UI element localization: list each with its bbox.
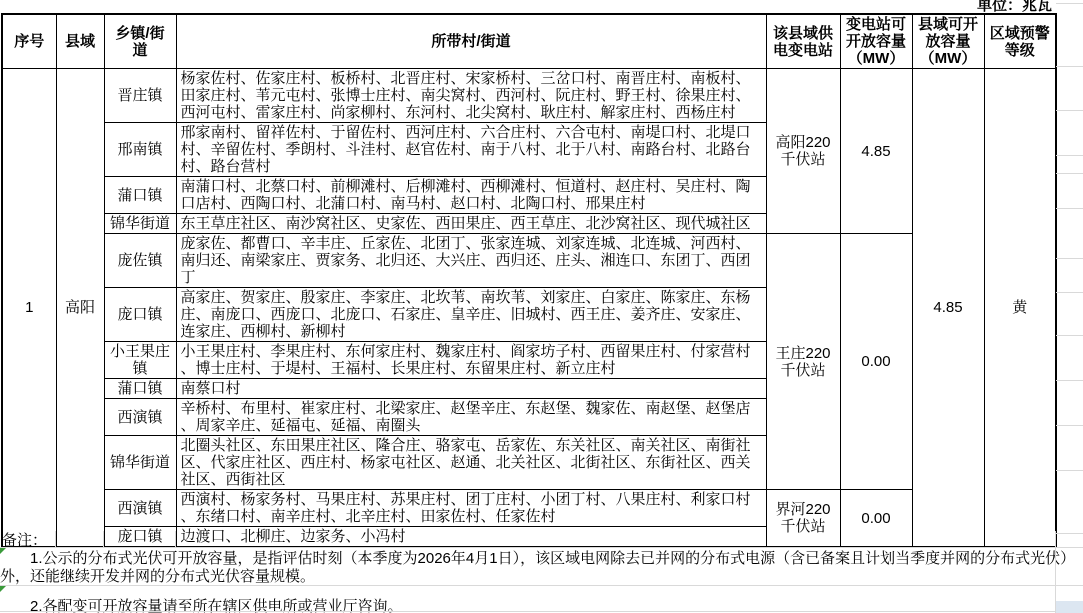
township-cell[interactable]: 西演镇 [104, 399, 176, 436]
substation-cell[interactable]: 王庄220千伏站 [766, 234, 840, 490]
col-header-substation-capacity[interactable]: 变电站可开放容量（MW） [840, 14, 912, 69]
township-cell[interactable]: 庞口镇 [104, 288, 176, 342]
villages-cell[interactable]: 边渡口、北柳庄、边家务、小冯村 [176, 527, 766, 548]
villages-cell[interactable]: 庞家佐、都曹口、辛丰庄、丘家佐、北团丁、张家连城、刘家连城、北连城、河西村、南归… [176, 234, 766, 288]
township-cell[interactable]: 锦华街道 [104, 436, 176, 490]
township-cell[interactable]: 锦华街道 [104, 214, 176, 234]
villages-cell[interactable]: 杨家佐村、佐家庄村、板桥村、北晋庄村、宋家桥村、三岔口村、南晋庄村、南板村、田家… [176, 69, 766, 123]
unit-label: 单位：兆瓦 [900, 0, 1052, 13]
gridline [1056, 173, 1083, 174]
township-cell[interactable]: 庞佐镇 [104, 234, 176, 288]
gridline [175, 531, 176, 547]
gridline [1056, 66, 1083, 67]
villages-cell[interactable]: 南蔡口村 [176, 379, 766, 399]
gridline [1056, 380, 1083, 381]
villages-cell[interactable]: 高家庄、贺家庄、殷家庄、李家庄、北坎苇、南坎苇、刘家庄、白家庄、陈家庄、东杨庄、… [176, 288, 766, 342]
gridline [1056, 110, 1083, 111]
col-header-warning-level[interactable]: 区域预警等级 [984, 14, 1056, 69]
gridline [1056, 292, 1083, 293]
gridline [1056, 425, 1083, 426]
gridline [103, 531, 104, 547]
cell-flag-icon [0, 548, 6, 554]
col-header-township[interactable]: 乡镇/街道 [104, 14, 176, 69]
gridline [1056, 208, 1083, 209]
gridline [1056, 155, 1083, 156]
serial-cell[interactable]: 1 [2, 69, 56, 548]
col-header-villages[interactable]: 所带村/街道 [176, 14, 766, 69]
corner-selection-cell [1056, 601, 1083, 613]
substation-capacity-cell[interactable]: 0.00 [840, 234, 912, 490]
gridline [0, 585, 1083, 586]
table-row: 西演镇西演村、杨家务村、马果庄村、苏果庄村、团丁庄村、小团丁村、八果庄村、利家口… [2, 490, 1056, 527]
capacity-table: 序号县域乡镇/街道所带村/街道该县域供电变电站变电站可开放容量（MW）县域可开放… [1, 13, 1057, 548]
county-cell[interactable]: 高阳 [56, 69, 104, 548]
township-cell[interactable]: 庞口镇 [104, 527, 176, 548]
villages-cell[interactable]: 北圈头社区、东田果庄社区、隆合庄、骆家屯、岳家佐、东关社区、南关社区、南街社区、… [176, 436, 766, 490]
township-cell[interactable]: 小王果庄镇 [104, 342, 176, 379]
table-row: 庞佐镇庞家佐、都曹口、辛丰庄、丘家佐、北团丁、张家连城、刘家连城、北连城、河西村… [2, 234, 1056, 288]
gridline [1056, 3, 1083, 4]
col-header-county[interactable]: 县域 [56, 14, 104, 69]
gridline [1056, 533, 1083, 534]
township-cell[interactable]: 邢南镇 [104, 123, 176, 177]
gridline [1056, 335, 1083, 336]
township-cell[interactable]: 晋庄镇 [104, 69, 176, 123]
substation-capacity-cell[interactable]: 4.85 [840, 69, 912, 234]
note-1: 1.公示的分布式光伏可开放容量，是指评估时刻（本季度为2026年4月1日），该区… [0, 550, 1081, 586]
township-cell[interactable]: 蒲口镇 [104, 177, 176, 214]
header-row: 序号县域乡镇/街道所带村/街道该县域供电变电站变电站可开放容量（MW）县域可开放… [2, 14, 1056, 69]
substation-cell[interactable]: 高阳220千伏站 [766, 69, 840, 234]
villages-cell[interactable]: 南蒲口村、北蔡口村、前柳滩村、后柳滩村、西柳滩村、恒道村、赵庄村、吴庄村、陶口店… [176, 177, 766, 214]
col-header-county-capacity[interactable]: 县域可开放容量（MW） [912, 14, 984, 69]
substation-capacity-cell[interactable]: 0.00 [840, 490, 912, 548]
villages-cell[interactable]: 小王果庄村、李果庄村、东何家庄村、魏家庄村、阎家坊子村、西留果庄村、付家营村、博… [176, 342, 766, 379]
gridline [55, 531, 56, 547]
substation-cell[interactable]: 界河220千伏站 [766, 490, 840, 548]
villages-cell[interactable]: 邢家南村、留祥佐村、于留佐村、西河庄村、六合庄村、六合屯村、南堤口村、北堤口村、… [176, 123, 766, 177]
table-row: 1高阳晋庄镇杨家佐村、佐家庄村、板桥村、北晋庄村、宋家桥村、三岔口村、南晋庄村、… [2, 69, 1056, 123]
warning-level-cell[interactable]: 黄 [984, 69, 1056, 548]
col-header-substation[interactable]: 该县域供电变电站 [766, 14, 840, 69]
gridline [0, 611, 1083, 612]
villages-cell[interactable]: 辛桥村、布里村、崔家庄村、北梁家庄、赵堡辛庄、东赵堡、魏家佐、南赵堡、赵堡店、周… [176, 399, 766, 436]
col-header-serial[interactable]: 序号 [2, 14, 56, 69]
spreadsheet-canvas: 单位：兆瓦 序号县域乡镇/街道所带村/街道该县域供电变电站变电站可开放容量（MW… [0, 0, 1083, 613]
county-capacity-cell[interactable]: 4.85 [912, 69, 984, 548]
gridline [1056, 470, 1083, 471]
township-cell[interactable]: 西演镇 [104, 490, 176, 527]
cell-flag-icon [0, 586, 6, 592]
gridline [1056, 258, 1083, 259]
township-cell[interactable]: 蒲口镇 [104, 379, 176, 399]
villages-cell[interactable]: 西演村、杨家务村、马果庄村、苏果庄村、团丁庄村、小团丁村、八果庄村、利家口村、东… [176, 490, 766, 527]
villages-cell[interactable]: 东王草庄社区、南沙窝社区、史家佐、西田果庄、西王草庄、北沙窝社区、现代城社区 [176, 214, 766, 234]
gridline [0, 547, 1083, 548]
